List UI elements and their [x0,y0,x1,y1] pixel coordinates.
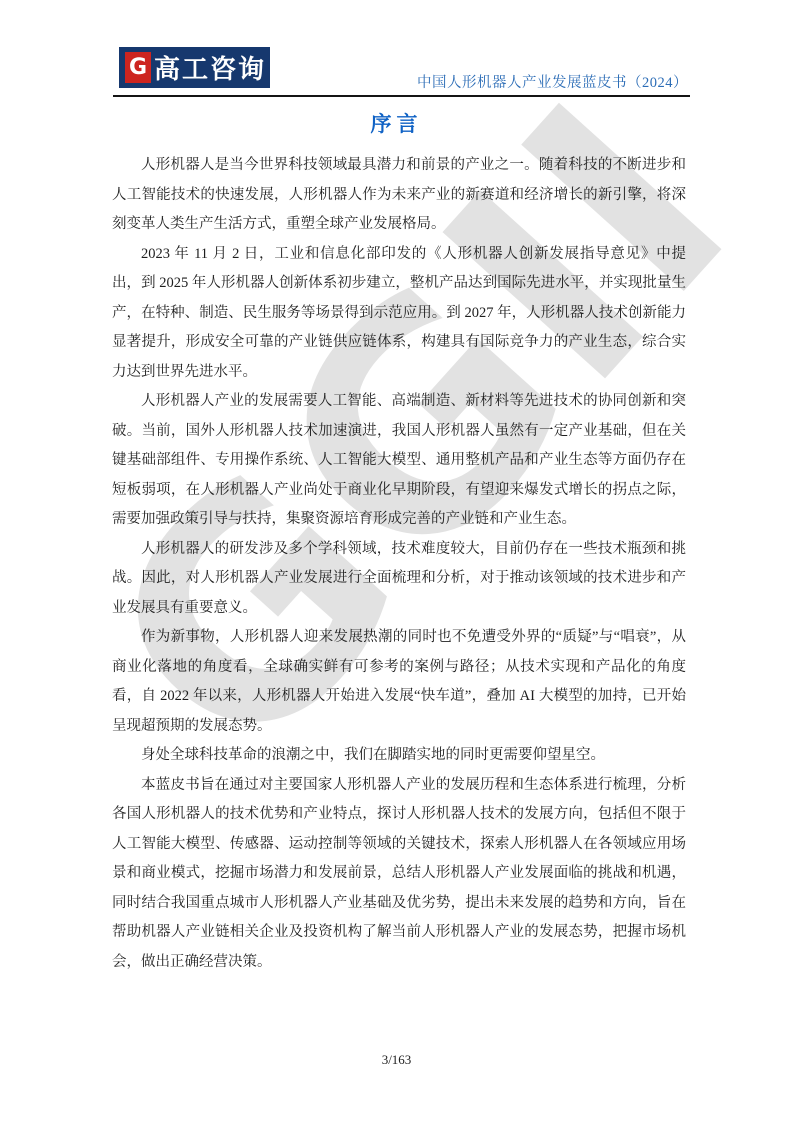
gaogong-logo: G 高工咨询 [119,47,270,88]
page-number: 3/163 [0,1052,793,1068]
logo-brand-text: 高工咨询 [154,49,266,86]
paragraph-5: 作为新事物，人形机器人迎来发展热潮的同时也不免遭受外界的“质疑”与“唱衰”，从商… [112,623,686,741]
paragraph-6: 身处全球科技革命的浪潮之中，我们在脚踏实地的同时更需要仰望星空。 [112,741,686,771]
paragraph-3: 人形机器人产业的发展需要人工智能、高端制造、新材料等先进技术的协同创新和突破。当… [112,387,686,535]
paragraph-7: 本蓝皮书旨在通过对主要国家人形机器人产业的发展历程和生态体系进行梳理，分析各国人… [112,771,686,978]
logo-g-icon: G [125,52,151,83]
paragraph-2: 2023 年 11 月 2 日，工业和信息化部印发的《人形机器人创新发展指导意见… [112,240,686,388]
body-text: 人形机器人是当今世界科技领域最具潜力和前景的产业之一。随着科技的不断进步和人工智… [112,151,686,977]
header-doc-title: 中国人形机器人产业发展蓝皮书（2024） [417,71,688,92]
header-divider [113,95,690,97]
document-page: GGII G 高工咨询 中国人形机器人产业发展蓝皮书（2024） 序言 人形机器… [0,0,793,1122]
paragraph-4: 人形机器人的研发涉及多个学科领域，技术难度较大，目前仍存在一些技术瓶颈和挑战。因… [112,535,686,624]
paragraph-1: 人形机器人是当今世界科技领域最具潜力和前景的产业之一。随着科技的不断进步和人工智… [112,151,686,240]
page-title: 序言 [0,108,793,138]
